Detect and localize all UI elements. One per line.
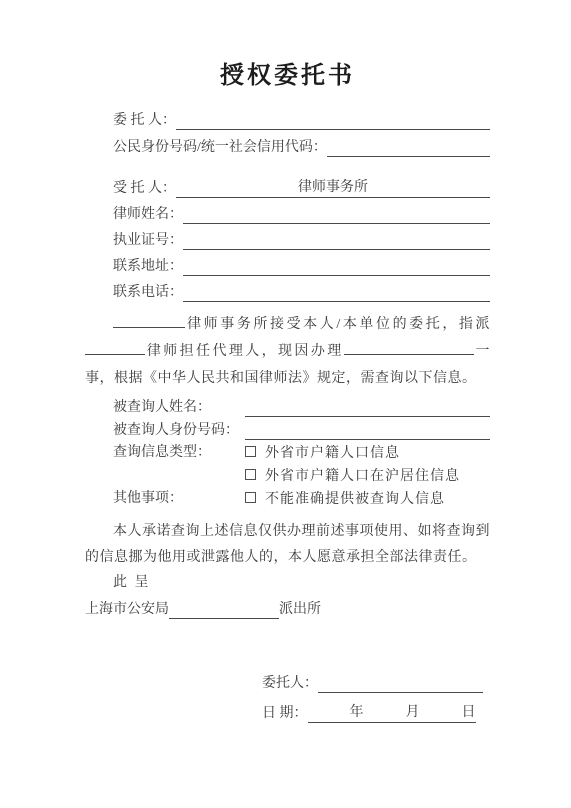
date-label: 日 期： [262,702,308,723]
query-type-spacer [113,474,245,475]
agent-section: 受 托 人： 律师事务所 律师姓名： 执业证号： 联系地址： 联系电话： [113,172,490,302]
lawyer-name-blank[interactable] [183,204,490,224]
query-section: 被查询人姓名： 被查询人身份号码： 查询信息类型： 外省市户籍人口信息 外省市户… [113,394,490,509]
queried-name-label: 被查询人姓名： [113,396,245,417]
checkbox-residence-info[interactable] [245,469,256,480]
closing-salutation: 此 呈 [113,571,490,595]
principal-section: 委 托 人： 公民身份号码/统一社会信用代码： [113,103,490,157]
option-residence-info: 外省市户籍人口在沪居住信息 [265,465,460,485]
query-type-row-2: 外省市户籍人口在沪居住信息 [113,463,490,486]
license-number-blank[interactable] [183,230,490,250]
date-row: 日 期： 年 月 日 [262,697,490,723]
day-label: 日 [462,704,476,722]
agent-row: 受 托 人： 律师事务所 [113,172,490,198]
lawyer-name-label: 律师姓名： [113,203,183,224]
contact-address-row: 联系地址： [113,250,490,276]
license-number-label: 执业证号： [113,229,183,250]
queried-id-label: 被查询人身份号码： [113,419,245,440]
assigned-lawyer-blank[interactable] [85,341,145,355]
query-type-label: 查询信息类型： [113,441,245,462]
commitment-paragraph: 本人承诺查询上述信息仅供办理前述事项使用、如将查询到的信息挪为他用或泄露他人的，… [85,519,490,571]
contact-address-label: 联系地址： [113,255,183,276]
contact-phone-blank[interactable] [183,282,490,302]
month-label: 月 [406,704,420,722]
checkbox-household-info[interactable] [245,446,256,457]
option-cannot-provide: 不能准确提供被查询人信息 [265,488,445,508]
query-type-row-1: 查询信息类型： 外省市户籍人口信息 [113,440,490,463]
option-household-info: 外省市户籍人口信息 [265,442,400,462]
credit-code-blank[interactable] [327,137,490,157]
authorization-text-2: 律师担任代理人，现因办理 [145,344,344,359]
matter-blank[interactable] [344,341,474,355]
contact-address-blank[interactable] [183,256,490,276]
credit-code-label: 公民身份号码/统一社会信用代码： [113,136,327,157]
checkbox-cannot-provide[interactable] [245,492,256,503]
signature-section: 委托人： 日 期： 年 月 日 [262,667,490,723]
authorization-form-page: 授权委托书 委 托 人： 公民身份号码/统一社会信用代码： 受 托 人： 律师事… [0,0,571,808]
principal-blank[interactable] [176,110,490,130]
queried-id-blank[interactable] [245,420,490,440]
contact-phone-row: 联系电话： [113,276,490,302]
signature-principal-label: 委托人： [262,672,318,693]
other-matters-label: 其他事项： [113,487,245,508]
police-station-blank[interactable] [169,605,279,619]
recipient-row: 上海市公安局 派出所 [85,595,490,619]
agent-label: 受 托 人： [113,177,176,198]
date-blank[interactable]: 年 月 日 [308,705,476,723]
signature-blank[interactable] [318,675,483,693]
authorization-paragraph: 律师事务所接受本人/本单位的委托，指派律师担任代理人，现因办理一事，根据《中华人… [85,311,490,392]
queried-name-blank[interactable] [245,397,490,417]
principal-label: 委 托 人： [113,109,176,130]
other-matters-row: 其他事项： 不能准确提供被查询人信息 [113,486,490,509]
recipient-suffix: 派出所 [279,598,321,619]
law-firm-blank[interactable] [113,314,185,328]
queried-name-row: 被查询人姓名： [113,394,490,417]
page-title: 授权委托书 [85,60,490,92]
contact-phone-label: 联系电话： [113,281,183,302]
signature-row: 委托人： [262,667,490,693]
credit-code-row: 公民身份号码/统一社会信用代码： [113,130,490,157]
agent-blank[interactable]: 律师事务所 [176,178,490,198]
year-label: 年 [350,704,364,722]
principal-row: 委 托 人： [113,103,490,130]
authorization-text-1: 律师事务所接受本人/本单位的委托，指派 [185,317,490,332]
queried-id-row: 被查询人身份号码： [113,417,490,440]
lawyer-name-row: 律师姓名： [113,198,490,224]
license-number-row: 执业证号： [113,224,490,250]
recipient-prefix: 上海市公安局 [85,598,169,619]
